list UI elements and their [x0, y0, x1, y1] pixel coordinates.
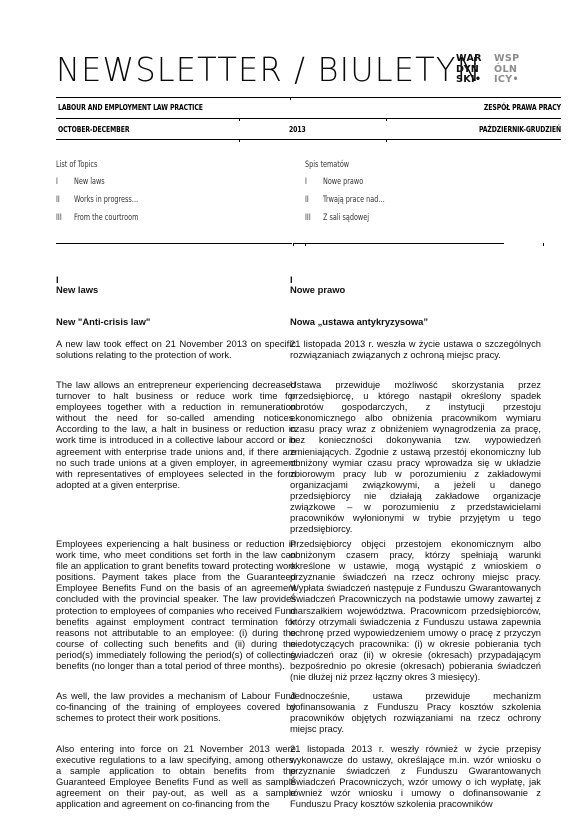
newsletter-page: NEWSLETTER / BIULETYN WAR DYŃ SKI• WSP Ó… [0, 0, 581, 837]
article-title: Nowa „ustawa antykryzysowa” [290, 316, 428, 327]
english-column: I New laws New "Anti-crisis law" A new l… [56, 0, 296, 837]
paragraph: A new law took effect on 21 November 201… [56, 338, 296, 360]
paragraph: Jednocześnie, ustawa przewiduje mechaniz… [290, 690, 541, 734]
paragraph: 21 listopada 2013 r. weszła w życie usta… [290, 338, 541, 360]
paragraph: The law allows an entrepreneur experienc… [56, 379, 296, 490]
section-title: Nowe prawo [290, 284, 345, 295]
paragraph: Also entering into force on 21 November … [56, 743, 296, 810]
paragraph: Ustawa przewiduje możliwość skorzystania… [290, 379, 541, 534]
polish-column: I Nowe prawo Nowa „ustawa antykryzysowa”… [290, 0, 541, 837]
paragraph: 21 listopada 2013 r. weszły również w ży… [290, 743, 541, 810]
paragraph: Employees experiencing a halt business o… [56, 538, 296, 671]
paragraph: Przedsiębiorcy objęci przestojem ekonomi… [290, 538, 541, 682]
rule-tick [543, 243, 544, 246]
section-title: New laws [56, 284, 98, 295]
article-title: New "Anti-crisis law" [56, 316, 150, 327]
paragraph: As well, the law provides a mechanism of… [56, 690, 296, 723]
